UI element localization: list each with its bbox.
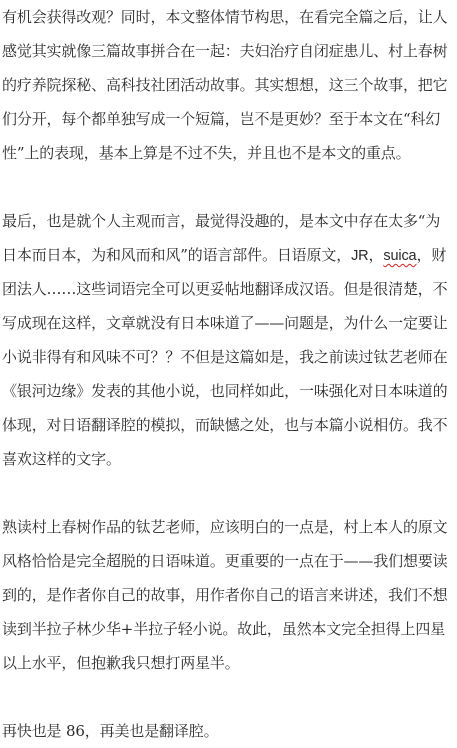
- text-segment: ，: [369, 246, 384, 264]
- text-line: 性”上的表现，基本上算是不过不失，并且也不是本文的重点。: [2, 136, 457, 170]
- text-segment: ，财: [416, 246, 446, 264]
- paragraph-3: 熟读村上春树作品的钛艺老师，应该明白的一点是，村上本人的原文 风格恰恰是完全超脱…: [2, 510, 457, 680]
- text-line: 风格恰恰是完全超脱的日语味道。更重要的一点在于——我们想要读: [2, 544, 457, 578]
- text-segment: 日本而日本，为和风而和风”的语言部件。日语原文，: [2, 246, 351, 264]
- text-line: 最后，也是就个人主观而言，最觉得没趣的，是本文中存在太多“为: [2, 204, 457, 238]
- text-line: 到的，是作者你自己的故事，用作者你自己的语言来讲述，我们不想: [2, 578, 457, 612]
- text-line: 以上水平，但抱歉我只想打两星半。: [2, 646, 457, 680]
- paragraph-spacer: [2, 680, 457, 714]
- text-line: 《银河边缘》发表的其他小说，也同样如此，一味强化对日本味道的: [2, 374, 457, 408]
- text-line: 有机会获得改观？同时，本文整体情节构思，在看完全篇之后，让人: [2, 0, 457, 34]
- text-line: 写成现在这样，文章就没有日本味道了——问题是，为什么一定要让: [2, 306, 457, 340]
- paragraph-spacer: [2, 476, 457, 510]
- text-line: 感觉其实就像三篇故事拼合在一起：夫妇治疗自闭症患儿、村上春树: [2, 34, 457, 68]
- text-line: 熟读村上春树作品的钛艺老师，应该明白的一点是，村上本人的原文: [2, 510, 457, 544]
- misspelled-word[interactable]: suica: [383, 248, 416, 264]
- text-line: 团法人……这些词语完全可以更妥帖地翻译成汉语。但是很清楚，不: [2, 272, 457, 306]
- paragraph-4: 再快也是 86，再美也是翻译腔。: [2, 714, 457, 748]
- text-line: 读到半拉子林少华+半拉子轻小说。故此，虽然本文完全担得上四星: [2, 612, 457, 646]
- paragraph-1: 有机会获得改观？同时，本文整体情节构思，在看完全篇之后，让人 感觉其实就像三篇故…: [2, 0, 457, 170]
- document-body[interactable]: 有机会获得改观？同时，本文整体情节构思，在看完全篇之后，让人 感觉其实就像三篇故…: [0, 0, 457, 748]
- text-line: 的疗养院探秘、高科技社团活动故事。其实想想，这三个故事，把它: [2, 68, 457, 102]
- text-line: 们分开，每个都单独写成一个短篇，岂不是更妙？至于本文在“科幻: [2, 102, 457, 136]
- text-line: 小说非得有和风味不可？？不但是这篇如是，我之前读过钛艺老师在: [2, 340, 457, 374]
- text-line: 体现，对日语翻译腔的模拟，而缺憾之处，也与本篇小说相仿。我不: [2, 408, 457, 442]
- paragraph-spacer: [2, 170, 457, 204]
- paragraph-2: 最后，也是就个人主观而言，最觉得没趣的，是本文中存在太多“为 日本而日本，为和风…: [2, 204, 457, 476]
- text-segment-jr: JR: [351, 248, 368, 264]
- text-line: 再快也是 86，再美也是翻译腔。: [2, 714, 457, 748]
- text-line-with-misspelling: 日本而日本，为和风而和风”的语言部件。日语原文，JR，suica，财: [2, 238, 457, 272]
- text-line: 喜欢这样的文字。: [2, 442, 457, 476]
